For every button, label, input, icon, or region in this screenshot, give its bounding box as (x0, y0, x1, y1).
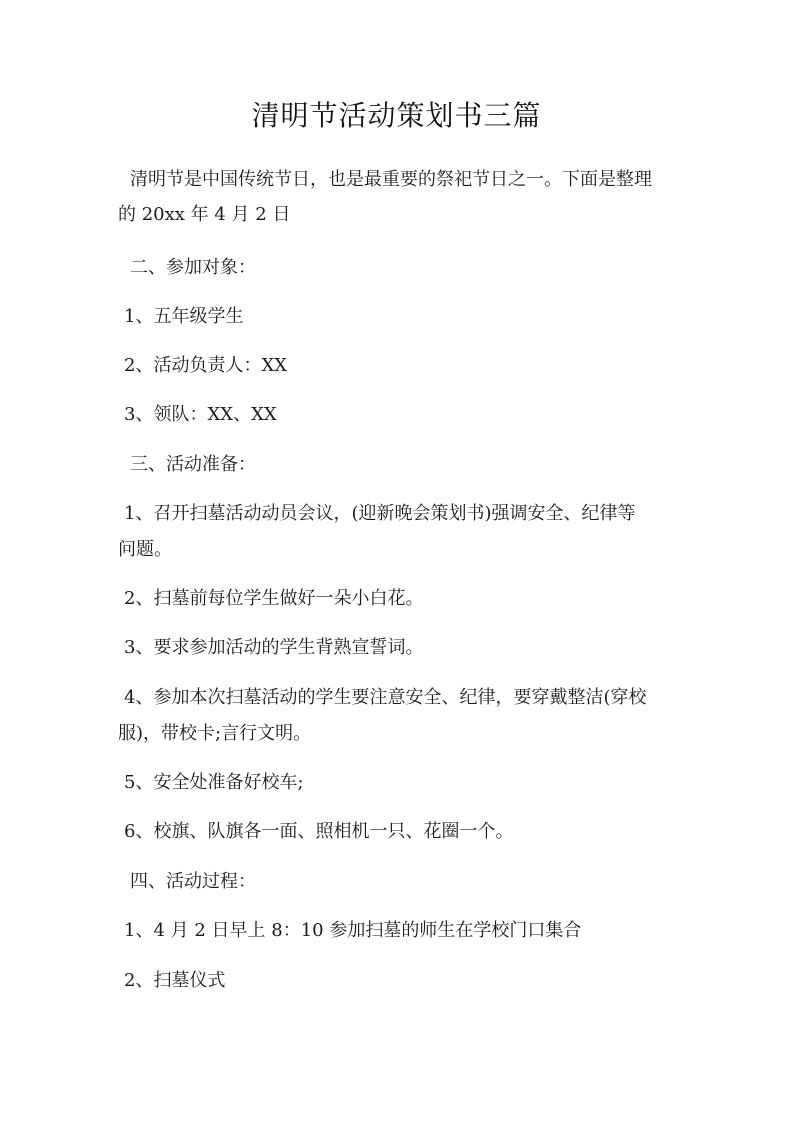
list-item: 5、安全处准备好校车; (124, 771, 694, 795)
list-item: 1、召开扫墓活动动员会议，(迎新晚会策划书)强调安全、纪律等 (124, 502, 694, 526)
list-item: 3、领队：XX、XX (124, 403, 694, 427)
list-item-continuation: 问题。 (118, 538, 688, 562)
document-title: 清明节活动策划书三篇 (0, 96, 793, 136)
list-item: 6、校旗、队旗各一面、照相机一只、花圈一个。 (124, 820, 694, 844)
section-heading-participants: 二、参加对象： (130, 256, 700, 280)
intro-line-2: 的 20xx 年 4 月 2 日 (118, 203, 688, 227)
intro-line-1: 清明节是中国传统节日，也是最重要的祭祀节日之一。下面是整理 (130, 168, 700, 192)
list-item: 2、扫墓仪式 (124, 969, 694, 993)
list-item: 2、扫墓前每位学生做好一朵小白花。 (124, 587, 694, 611)
section-heading-process: 四、活动过程： (130, 870, 700, 894)
document-page: 清明节活动策划书三篇 清明节是中国传统节日，也是最重要的祭祀节日之一。下面是整理… (0, 0, 793, 1122)
list-item: 1、五年级学生 (124, 305, 694, 329)
list-item: 2、活动负责人：XX (124, 354, 694, 378)
section-heading-preparation: 三、活动准备： (130, 453, 700, 477)
list-item: 4、参加本次扫墓活动的学生要注意安全、纪律，要穿戴整洁(穿校 (124, 686, 694, 710)
list-item: 3、要求参加活动的学生背熟宣誓词。 (124, 636, 694, 660)
list-item: 1、4 月 2 日早上 8：10 参加扫墓的师生在学校门口集合 (124, 919, 694, 943)
list-item-continuation: 服)，带校卡;言行文明。 (118, 722, 688, 746)
